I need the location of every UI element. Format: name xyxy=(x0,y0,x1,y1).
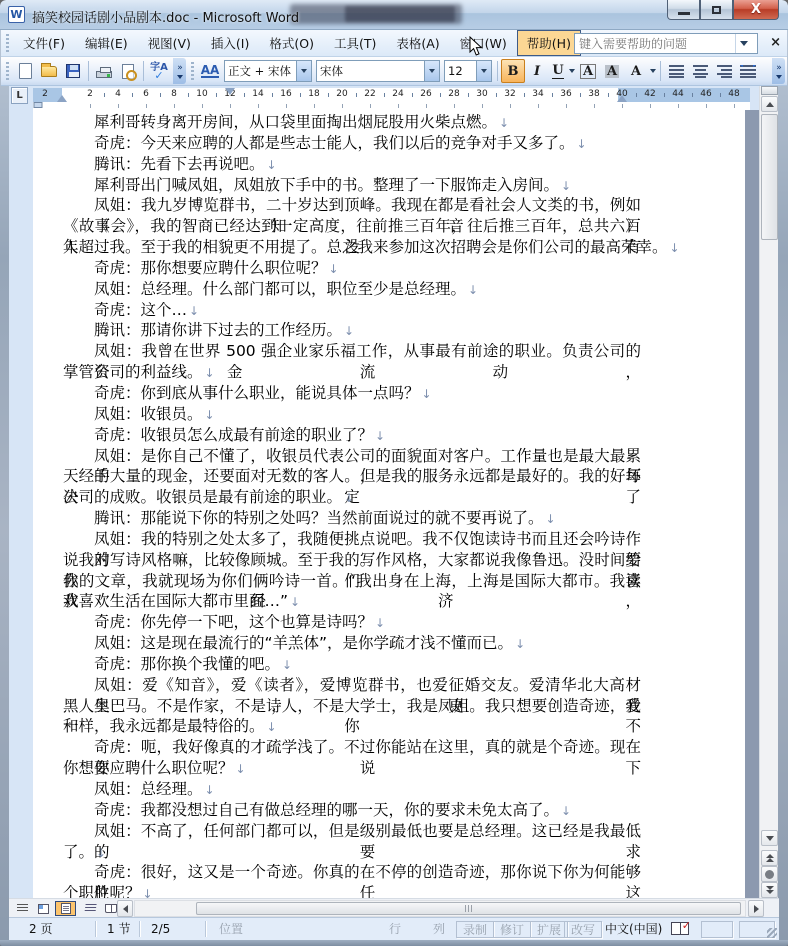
vertical-ruler xyxy=(9,110,33,898)
ruler-tick xyxy=(216,93,217,97)
document-line: 凤姐：是你自己不懂了，收银员代表公司的面貌面对客户。工作量也是最大最累的，每 xyxy=(63,446,641,467)
close-document-button[interactable]: × xyxy=(770,35,781,50)
ruler-number: 18 xyxy=(308,89,319,99)
ruler-tick xyxy=(552,93,553,97)
menu-item-6[interactable]: 表格(A) xyxy=(386,30,449,56)
italic-button[interactable]: I xyxy=(525,59,549,83)
ruler-tick xyxy=(342,104,343,108)
paragraph-mark: ↓ xyxy=(282,658,292,672)
paragraph-mark: ↓ xyxy=(267,158,277,172)
paragraph-mark: ↓ xyxy=(670,241,680,255)
document-line: 犀利哥出门喊凤姐，凤姐放下手中的书。整理了一下服饰走入房间。↓ xyxy=(63,175,641,196)
paragraph-mark: ↓ xyxy=(499,116,509,130)
bold-button[interactable]: B xyxy=(501,59,525,83)
toolbar-separator xyxy=(497,61,498,81)
align-right-button[interactable] xyxy=(712,59,736,83)
page-number-field: 2 页 xyxy=(23,921,58,938)
ruler-tick xyxy=(692,93,693,97)
horizontal-scrollbar-thumb[interactable] xyxy=(196,902,741,915)
font-dropdown-button[interactable] xyxy=(424,61,439,81)
arrow-up-icon xyxy=(766,102,774,107)
document-page[interactable]: 犀利哥转身离开房间，从口袋里面掏出烟屁股用火柴点燃。↓奇虎：今天来应聘的人都是些… xyxy=(33,110,745,898)
print-preview-icon xyxy=(122,64,134,79)
ruler-tick xyxy=(188,93,189,97)
scroll-left-button[interactable] xyxy=(117,900,133,917)
paragraph-mark: ↓ xyxy=(236,762,246,776)
paragraph-mark: ↓ xyxy=(329,262,339,276)
ruler-number: 42 xyxy=(644,89,655,99)
ruler-number: 30 xyxy=(476,89,487,99)
document-line: 奇虎：我都没想过自己有做总经理的哪一天，你的要求未免太高了。↓ xyxy=(63,800,641,821)
toolbar-separator xyxy=(143,61,144,81)
close-button[interactable]: X xyxy=(733,0,779,20)
formatting-toolbar-options-chevron[interactable]: » xyxy=(772,58,785,84)
status-bar: 2 页 1 节 2/5 位置 行 列 录制 修订 扩展 改写 中文(中国) xyxy=(9,917,779,940)
document-area: 犀利哥转身离开房间，从口袋里面掏出烟屁股用火柴点燃。↓奇虎：今天来应聘的人都是些… xyxy=(9,110,779,898)
paragraph-mark: ↓ xyxy=(561,179,571,193)
style-combo[interactable]: 正文 + 宋体 xyxy=(224,60,312,82)
document-line: 黑人奥巴马。不是作家，不是诗人，不是大学士，我是凤姐。我只想要创造奇迹，我和你不 xyxy=(63,696,641,717)
ruler-tick xyxy=(426,104,427,108)
reading-layout-icon xyxy=(105,904,117,913)
menu-item-5[interactable]: 工具(T) xyxy=(324,30,386,56)
title-bar[interactable]: W 搞笑校园话剧小品剧本.doc - Microsoft Word X xyxy=(0,0,788,30)
styles-and-formatting-icon: AA xyxy=(201,64,220,78)
paragraph-mark: ↓ xyxy=(375,429,385,443)
align-right-icon xyxy=(717,65,732,78)
browse-object-icon xyxy=(765,870,774,879)
outline-view-icon xyxy=(84,904,96,913)
window-border-bottom xyxy=(0,940,788,946)
ruler-tick xyxy=(272,93,273,97)
ruler-tick xyxy=(230,104,231,108)
print-layout-icon xyxy=(61,903,71,914)
paragraph-mark: ↓ xyxy=(515,637,525,651)
menubar-drag-handle[interactable] xyxy=(6,34,9,52)
menu-item-7[interactable]: 窗口(W) xyxy=(450,30,517,56)
ruler-number: 48 xyxy=(728,89,739,99)
spelling-status-icon[interactable] xyxy=(671,922,689,935)
next-page-button[interactable] xyxy=(761,882,778,898)
font-size-combo[interactable]: 12 xyxy=(444,60,492,82)
new-document-button[interactable] xyxy=(13,59,37,83)
paragraph-mark: ↓ xyxy=(422,387,432,401)
ruler-tick xyxy=(398,104,399,108)
character-scaling-button[interactable]: A xyxy=(624,59,648,83)
ruler-tick xyxy=(132,93,133,97)
toolbar-separator xyxy=(88,61,89,81)
ruler-number: 32 xyxy=(504,89,515,99)
track-changes-toggle[interactable]: 修订 xyxy=(493,921,531,938)
window-title: 搞笑校园话剧小品剧本.doc - Microsoft Word xyxy=(32,7,299,26)
justify-button[interactable] xyxy=(664,59,688,83)
first-line-indent-marker[interactable] xyxy=(225,88,235,95)
scroll-right-button[interactable] xyxy=(748,900,764,917)
ruler-tick xyxy=(356,93,357,97)
ruler-tick xyxy=(720,93,721,97)
ruler-tick xyxy=(244,93,245,97)
ruler-tick xyxy=(104,93,105,97)
horizontal-scrollbar-row xyxy=(9,898,779,917)
new-document-icon xyxy=(19,63,32,79)
line-label: 行 xyxy=(383,921,407,938)
menu-item-4[interactable]: 格式(O) xyxy=(259,30,324,56)
paragraph-mark: ↓ xyxy=(205,783,215,797)
status-empty-box xyxy=(701,921,733,938)
ruler-number: 28 xyxy=(448,89,459,99)
normal-view-icon xyxy=(17,904,28,913)
question-dropdown-button[interactable] xyxy=(735,34,752,53)
ruler-number: 2 xyxy=(87,89,93,99)
menu-bar: 文件(F)编辑(E)视图(V)插入(I)格式(O)工具(T)表格(A)窗口(W)… xyxy=(1,30,787,57)
menu-item-3[interactable]: 插入(I) xyxy=(201,30,259,56)
select-browse-object-button[interactable] xyxy=(761,866,778,882)
document-line: 奇虎：那你换个我懂的吧。↓ xyxy=(63,654,641,675)
ruler-tick xyxy=(482,104,483,108)
ruler-tick xyxy=(636,93,637,97)
ruler-number: 34 xyxy=(532,89,543,99)
document-line: 犀利哥转身离开房间，从口袋里面掏出烟屁股用火柴点燃。↓ xyxy=(63,112,641,133)
ruler-tick xyxy=(594,104,595,108)
document-line: 奇虎：呃，我好像真的才疏学浅了。不过你能站在这里，真的就是个奇迹。现在你说下 xyxy=(63,737,641,758)
previous-page-button[interactable] xyxy=(761,850,778,866)
ruler-tick xyxy=(440,93,441,97)
spelling-grammar-button[interactable]: 字A✓ xyxy=(147,59,171,83)
double-arrow-up-icon xyxy=(766,858,774,862)
document-line: 腾讯：那能说下你的特别之处吗？当然前面说过的就不要再说了。↓ xyxy=(63,508,641,529)
aero-glass-background-bleed xyxy=(345,6,455,22)
paragraph-mark: ↓ xyxy=(468,283,478,297)
ruler-tick xyxy=(384,93,385,97)
chevron-down-icon xyxy=(740,41,748,46)
styles-and-formatting-button[interactable]: AA xyxy=(198,59,222,83)
ruler-row: L 22468101214161820222426283032343638404… xyxy=(9,86,759,110)
vertical-scrollbar-thumb[interactable] xyxy=(761,114,778,240)
standard-toolbar-drag-handle[interactable] xyxy=(6,62,9,80)
document-line: 凤姐：我的特别之处太多了，我随便挑点说吧。我不仅饱读诗书而且还会吟诗作对。要 xyxy=(63,529,641,550)
chevron-down-icon xyxy=(301,69,307,73)
ruler-tick xyxy=(258,104,259,108)
document-line: 凤姐：总经理。什么部门都可以，职位至少是总经理。↓ xyxy=(63,279,641,300)
web-layout-icon xyxy=(38,904,49,914)
paragraph-mark: ↓ xyxy=(143,887,153,898)
ruler-tick xyxy=(734,104,735,108)
center-button[interactable] xyxy=(688,59,712,83)
ruler-number: 4 xyxy=(115,89,121,99)
ruler-number: 46 xyxy=(700,89,711,99)
word-app-icon: W xyxy=(8,6,25,23)
ruler-tick xyxy=(538,104,539,108)
distribute-button[interactable] xyxy=(736,59,760,83)
paragraph-mark: ↓ xyxy=(375,616,385,630)
paragraph-mark: ↓ xyxy=(577,137,587,151)
chevron-down-icon xyxy=(650,69,656,73)
save-button[interactable] xyxy=(61,59,85,83)
arrow-left-icon xyxy=(123,905,128,913)
mouse-cursor xyxy=(469,36,483,57)
chevron-down-icon xyxy=(429,69,435,73)
document-line: 奇虎：收银员怎么成最有前途的职业了？↓ xyxy=(63,425,641,446)
character-border-button[interactable]: A xyxy=(576,59,600,83)
scroll-down-button[interactable] xyxy=(761,830,778,846)
font-size-dropdown-button[interactable] xyxy=(476,61,491,81)
arrow-right-icon xyxy=(754,905,759,913)
horizontal-ruler[interactable]: 2246810121416182022242628303234363840424… xyxy=(33,88,750,102)
web-layout-view-button[interactable] xyxy=(34,901,52,916)
open-folder-icon xyxy=(41,66,57,77)
ruler-tick xyxy=(370,104,371,108)
center-icon xyxy=(693,65,708,78)
chevron-down-icon xyxy=(481,69,487,73)
ruler-tick xyxy=(146,104,147,108)
ruler-tick xyxy=(160,93,161,97)
ruler-number: 10 xyxy=(196,89,207,99)
menu-item-2[interactable]: 视图(V) xyxy=(138,30,201,56)
toolbar-options-chevron[interactable]: » xyxy=(173,58,186,84)
document-line: 《故事会》，我的智商已经达到一定高度，往前推三百年，往后推三百年，总共六百年没有 xyxy=(63,216,641,237)
left-indent-marker[interactable] xyxy=(34,102,43,108)
paragraph-mark: ↓ xyxy=(546,512,556,526)
ruler-tick xyxy=(412,93,413,97)
print-button[interactable] xyxy=(92,59,116,83)
ruler-tick xyxy=(580,93,581,97)
split-window-handle[interactable] xyxy=(761,86,778,95)
record-mode-toggle[interactable]: 录制 xyxy=(456,921,494,938)
word-window: W 搞笑校园话剧小品剧本.doc - Microsoft Word X 文件(F… xyxy=(0,0,788,946)
document-line: 凤姐：收银员。↓ xyxy=(63,404,641,425)
paragraph-mark: ↓ xyxy=(189,304,199,318)
ruler-number: 44 xyxy=(672,89,683,99)
ruler-number: 36 xyxy=(560,89,571,99)
style-value: 正文 + 宋体 xyxy=(225,63,296,79)
ruler-number: 20 xyxy=(336,89,347,99)
normal-view-button[interactable] xyxy=(13,901,31,916)
ruler-tick xyxy=(202,104,203,108)
toolbar-separator xyxy=(660,61,661,81)
restore-button[interactable] xyxy=(700,0,733,20)
ruler-tick xyxy=(174,104,175,108)
menu-item-8[interactable]: 帮助(H) xyxy=(517,30,581,56)
hanging-indent-marker[interactable] xyxy=(57,95,67,102)
ruler-tick xyxy=(328,93,329,97)
ruler-tick xyxy=(314,104,315,108)
workspace-background xyxy=(745,110,759,898)
document-line: 奇虎：那你想要应聘什么职位呢？↓ xyxy=(63,258,641,279)
document-line: 凤姐：这是现在最流行的“羊羔体”，是你学疏才浅不懂而已。↓ xyxy=(63,633,641,654)
ruler-number: 2 xyxy=(42,89,48,99)
ruler-number: 14 xyxy=(252,89,263,99)
double-arrow-down-icon xyxy=(766,890,774,894)
minimize-icon xyxy=(678,12,690,15)
document-line: 奇虎：你先停一下吧，这个也算是诗吗？↓ xyxy=(63,612,641,633)
paragraph-mark: ↓ xyxy=(96,846,106,860)
menu-item-0[interactable]: 文件(F) xyxy=(13,30,75,56)
ruler-tick xyxy=(468,93,469,97)
ruler-number: 16 xyxy=(280,89,291,99)
ruler-tick xyxy=(650,104,651,108)
paragraph-mark: ↓ xyxy=(290,595,300,609)
document-line: 腾讯：先看下去再说吧。↓ xyxy=(63,154,641,175)
tab-selector-button[interactable]: L xyxy=(11,87,28,104)
document-line: 人超过我。至于我的相貌更不用提了。总之我来参加这次招聘会是你们公司的最高荣幸。↓ xyxy=(63,237,641,258)
ruler-tick xyxy=(622,104,623,108)
document-line: 奇虎：很好，这又是一个奇迹。你真的在不停的创造奇迹，那你说下你为何能够胜任这 xyxy=(63,862,641,883)
print-layout-view-button[interactable] xyxy=(55,901,76,916)
document-line: 天经手大量的现金，还要面对无数的客人。但是我的服务永远都是最好的。我的好坏决定了 xyxy=(63,466,641,487)
menu-item-1[interactable]: 编辑(E) xyxy=(75,30,138,56)
ruler-tick-band xyxy=(33,102,750,110)
page-of-field: 2/5 xyxy=(145,921,176,938)
justify-icon xyxy=(669,65,684,78)
open-button[interactable] xyxy=(37,59,61,83)
document-line: 奇虎：今天来应聘的人都是些志士能人，我们以后的竞争对手又多了。↓ xyxy=(63,133,641,154)
document-line: 奇虎：你到底从事什么职业，能说具体一点吗？↓ xyxy=(63,383,641,404)
document-line: 说我的写诗风格嘛，比较像顾城。至于我的写作风格，大家都说我像鲁迅。没时间给你们读 xyxy=(63,550,641,571)
ruler-tick xyxy=(566,104,567,108)
ruler-number: 8 xyxy=(171,89,177,99)
ruler-tick xyxy=(664,93,665,97)
chevron-down-icon xyxy=(776,75,782,79)
outline-view-button[interactable] xyxy=(81,901,99,916)
ruler-tick xyxy=(496,93,497,97)
font-combo[interactable]: 宋体 xyxy=(316,60,440,82)
distribute-icon xyxy=(740,65,756,78)
document-line: 奇虎：这个…↓ xyxy=(63,300,641,321)
document-line: 凤姐：爱《知音》，爱《读者》，爱博览群书，也爱征婚交友。爱清华北大高材生，更爱 xyxy=(63,675,641,696)
ruler-number: 24 xyxy=(392,89,403,99)
ruler-tick xyxy=(118,104,119,108)
extend-selection-toggle[interactable]: 扩展 xyxy=(530,921,568,938)
underline-button[interactable]: U xyxy=(549,59,567,83)
font-size-value: 12 xyxy=(445,64,476,78)
column-label: 列 xyxy=(427,921,451,938)
paragraph-mark: ↓ xyxy=(205,366,215,380)
ruler-tick xyxy=(608,93,609,97)
toolbar: 字A✓ » AA 正文 + 宋体 宋体 12 B I U A A A xyxy=(1,57,787,86)
document-line: 凤姐：总经理。↓ xyxy=(63,779,641,800)
ruler-number: 38 xyxy=(588,89,599,99)
help-question-input[interactable] xyxy=(575,37,735,51)
ruler-tick xyxy=(90,104,91,108)
ruler-number: 6 xyxy=(143,89,149,99)
window-border-right xyxy=(778,30,788,940)
ruler-tick xyxy=(300,93,301,97)
chevron-down-icon xyxy=(177,75,183,79)
paragraph-mark: ↓ xyxy=(344,491,354,505)
location-label: 位置 xyxy=(213,921,249,938)
spelling-check-icon: 字A✓ xyxy=(150,63,168,79)
print-preview-button[interactable] xyxy=(116,59,140,83)
formatting-toolbar-drag-handle[interactable] xyxy=(191,62,194,80)
ruler-tick xyxy=(454,104,455,108)
scroll-up-button[interactable] xyxy=(761,96,778,112)
vertical-scrollbar[interactable] xyxy=(759,86,778,898)
document-line: 腾讯：那请你讲下过去的工作经历。↓ xyxy=(63,320,641,341)
chevron-down-icon xyxy=(569,69,575,73)
help-question-box[interactable] xyxy=(574,33,758,54)
ruler-tick xyxy=(524,93,525,97)
document-line: 凤姐：不高了，任何部门都可以，但是级别最低也要是总经理。这已经是我最低的要求 xyxy=(63,821,641,842)
paragraph-mark: ↓ xyxy=(205,408,215,422)
ruler-number: 26 xyxy=(420,89,431,99)
ruler-tick xyxy=(510,104,511,108)
document-line: 凤姐：我曾在世界 500 强企业家乐福工作，从事最有前途的职业。负责公司的资金流… xyxy=(63,341,641,362)
paragraph-mark: ↓ xyxy=(267,720,277,734)
save-floppy-icon xyxy=(66,64,80,78)
right-indent-marker[interactable] xyxy=(617,95,627,102)
ruler-tick xyxy=(678,104,679,108)
ruler-tick xyxy=(286,104,287,108)
arrow-down-icon xyxy=(766,836,774,841)
document-line: 凤姐：我九岁博览群书，二十岁达到顶峰。我现在都是看社会人文类的书，例如《知音》 xyxy=(63,195,641,216)
style-dropdown-button[interactable] xyxy=(296,61,311,81)
overtype-toggle[interactable]: 改写 xyxy=(564,921,602,938)
horizontal-scrollbar[interactable] xyxy=(134,900,746,917)
document-line: 我的文章，我就现场为你们俩吟诗一首。“我出身在上海，上海是国际大都市。我喜欢经济… xyxy=(63,571,641,592)
minimize-button[interactable] xyxy=(667,0,700,20)
section-field: 1 节 xyxy=(101,921,136,938)
paragraph-mark: ↓ xyxy=(344,324,354,338)
resize-grip[interactable] xyxy=(767,928,777,938)
character-shading-button[interactable]: A xyxy=(600,59,624,83)
ruler-tick xyxy=(706,104,707,108)
ruler-number: 22 xyxy=(364,89,375,99)
character-scaling-dropdown-button[interactable] xyxy=(648,60,657,82)
window-border-left xyxy=(0,30,9,940)
underline-dropdown-button[interactable] xyxy=(567,60,576,82)
printer-icon xyxy=(96,71,112,78)
font-value: 宋体 xyxy=(317,63,424,79)
close-icon: X xyxy=(751,2,761,17)
restore-icon xyxy=(712,6,721,14)
language-field[interactable]: 中文(中国) xyxy=(599,921,668,938)
paragraph-mark: ↓ xyxy=(561,804,571,818)
document-text: 犀利哥转身离开房间，从口袋里面掏出烟屁股用火柴点燃。↓奇虎：今天来应聘的人都是些… xyxy=(63,112,641,898)
